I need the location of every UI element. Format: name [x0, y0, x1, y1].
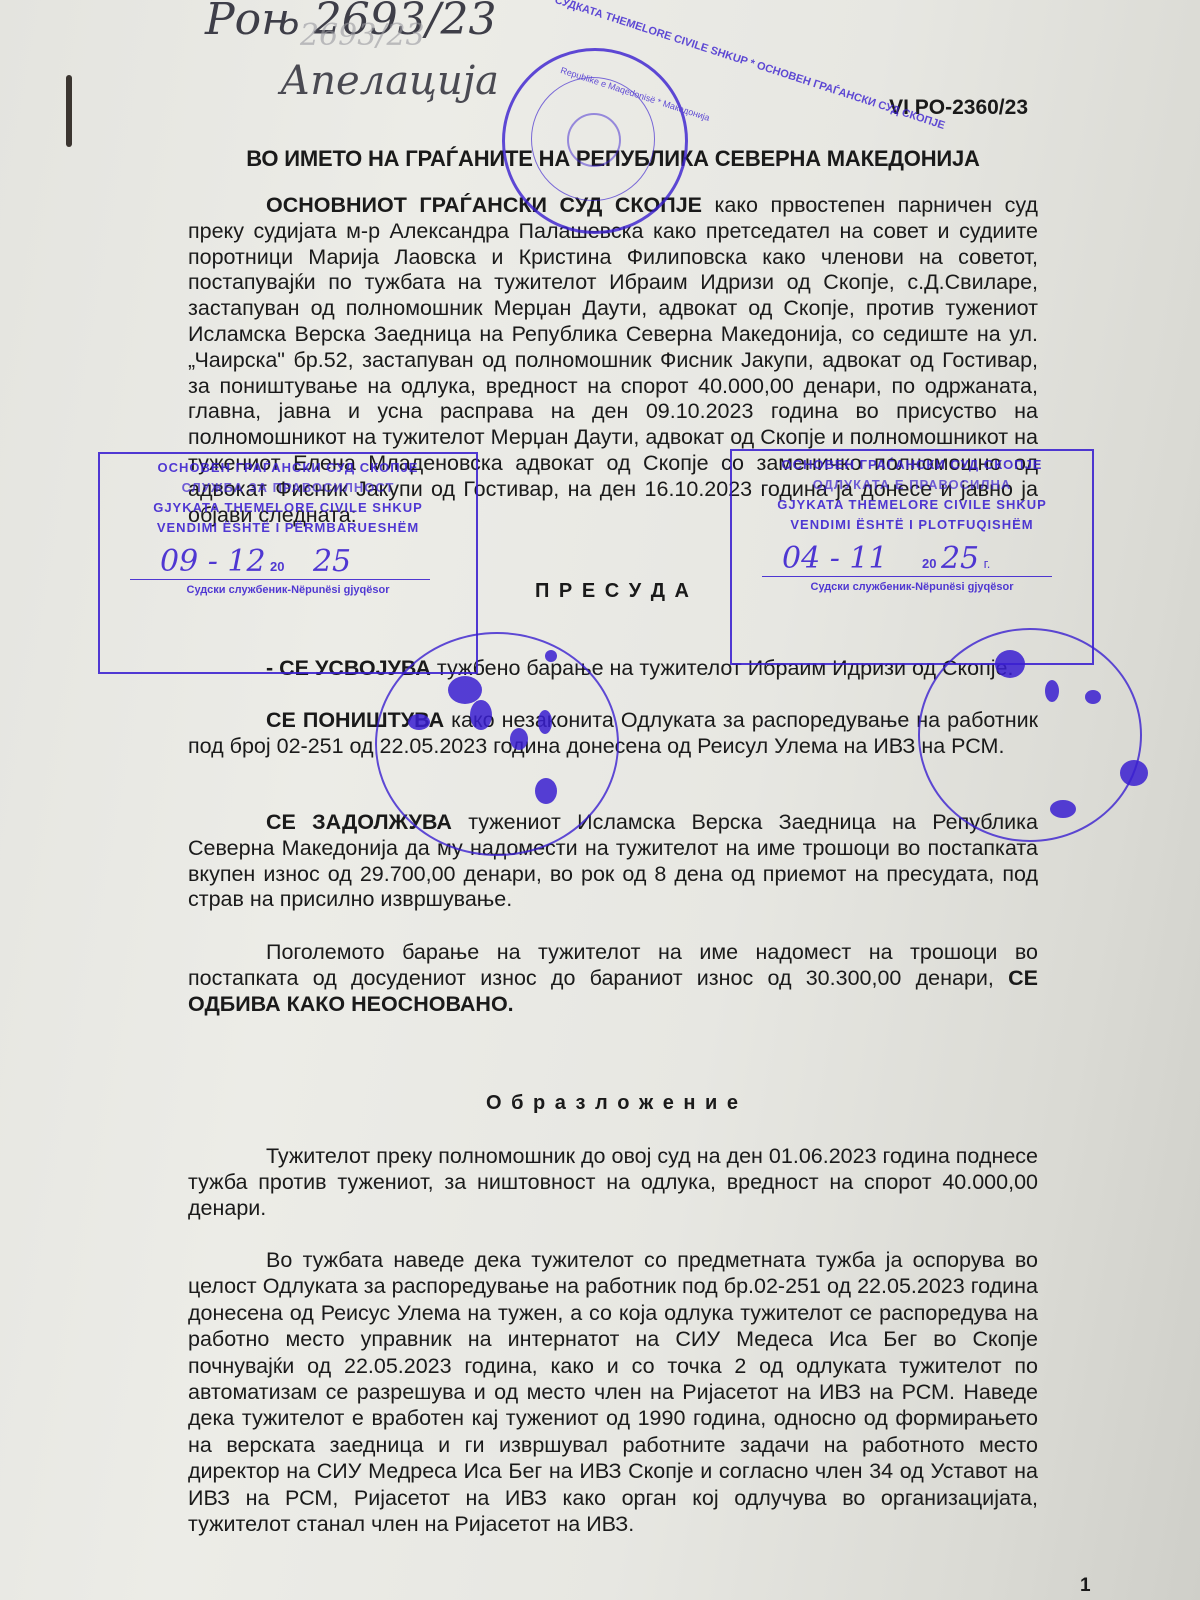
stamp-right-line2: ОДЛУКАТА Е ПРАВОСИЛНА	[732, 475, 1092, 495]
ink-blot	[1045, 680, 1059, 702]
stamp-left-date-row: 09 - 12 20 25	[130, 544, 430, 580]
finality-stamp-left: ОСНОВЕН ГРАЃАНСКИ СУД СКОПЈЕ СЛУЖБА ЗА П…	[98, 452, 478, 674]
reasoning-title: О б р а з л о ж е н и е	[188, 1092, 1038, 1115]
ruling-reject: Поголемото барање на тужителот на име на…	[188, 940, 1038, 1017]
ink-blot	[1085, 690, 1101, 704]
stamp-left-year: 25	[313, 544, 351, 579]
reasoning-paragraph-1: Тужителот преку полномошник до овој суд …	[188, 1144, 1038, 1221]
stamp-left-line1: ОСНОВЕН ГРАЃАНСКИ СУД СКОПЈЕ	[100, 458, 476, 478]
stamp-left-signature-label: Судски службеник-Nëpunësi gjyqësor	[100, 584, 476, 596]
ink-blot	[510, 728, 528, 750]
stamp-right-year-suffix: г.	[984, 556, 991, 571]
stamp-left-date: 09 - 12	[160, 544, 266, 579]
ruling-obligate: СЕ ЗАДОЛЖУВА тужениот Исламска Верска За…	[188, 810, 1038, 913]
stamp-right-line3: GJYKATA THEMELORE CIVILE SHKUP	[732, 495, 1092, 515]
ink-blot	[1120, 760, 1148, 786]
ink-blot	[538, 710, 552, 734]
handwritten-case-ref-faint: 2693/23	[300, 18, 425, 53]
reasoning-text-2: Во тужбата наведе дека тужителот со пред…	[188, 1248, 1038, 1536]
stamp-left-line4: VENDIMI ËSHTË I PËRMBARUESHËM	[100, 518, 476, 538]
reasoning-text-1: Тужителот преку полномошник до овој суд …	[188, 1144, 1038, 1220]
court-seal-top: СУДКАТА THEMELORE CIVILE SHKUP * ОСНОВЕН…	[502, 48, 688, 234]
stamp-right-year-prefix: 20	[922, 556, 936, 571]
stamp-left-line3: GJYKATA THEMELORE CIVILE SHKUP	[100, 498, 476, 518]
stamp-left-line2: СЛУЖБА ЗА ПРАВОСИЛНОСТ	[100, 478, 476, 498]
stamp-right-date: 04 - 11	[782, 541, 888, 576]
stamp-right-date-row: 04 - 11 20 25 г.	[762, 541, 1052, 577]
page-number: 1	[1080, 1575, 1091, 1597]
ink-blot	[535, 778, 557, 804]
ink-blot	[1050, 800, 1076, 818]
stamp-right-line4: VENDIMI ËSHTË I PLOTFUQISHËM	[732, 515, 1092, 535]
stamp-right-line1: ОСНОВЕН ГРАЃАНСКИ СУД СКОПЈЕ	[732, 455, 1092, 475]
ink-blot	[408, 714, 430, 730]
ink-blot	[545, 650, 557, 662]
ink-blot	[470, 700, 492, 730]
handwritten-note-appeal: Апелација	[280, 58, 499, 104]
finality-stamp-right: ОСНОВЕН ГРАЃАНСКИ СУД СКОПЈЕ ОДЛУКАТА Е …	[730, 449, 1094, 665]
reasoning-paragraph-2: Во тужбата наведе дека тужителот со пред…	[188, 1247, 1038, 1537]
stamp-left-year-prefix: 20	[270, 559, 284, 574]
coat-of-arms-icon	[567, 113, 621, 167]
staple-mark	[66, 75, 72, 147]
stamp-right-year: 25	[941, 541, 979, 576]
stamp-right-signature-label: Судски службеник-Nëpunësi gjyqësor	[732, 581, 1092, 593]
ruling-reject-text: Поголемото барање на тужителот на име на…	[188, 940, 1038, 990]
